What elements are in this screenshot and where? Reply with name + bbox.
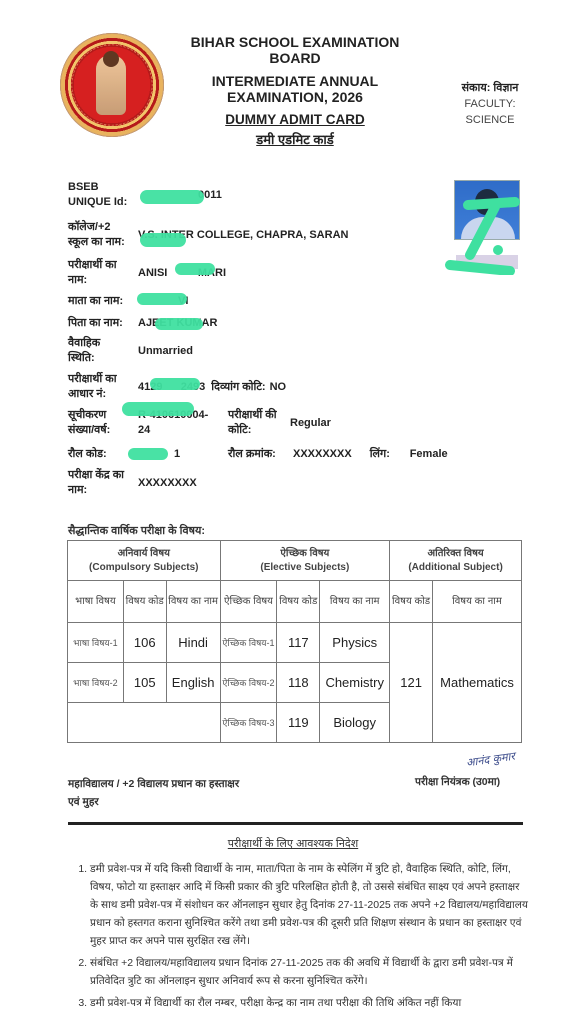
photo-redaction-mark [440, 195, 530, 275]
principal-line1: महाविद्यालय / +2 विद्यालय प्रधान का हस्त… [68, 775, 239, 793]
elective-slot: ऐच्छिक विषय-1 [220, 623, 277, 663]
instruction-item: डमी प्रवेश-पत्र में विद्यार्थी का रौल नम… [90, 994, 530, 1012]
section-divider [68, 822, 523, 825]
category-label-line1: परीक्षार्थी की [228, 408, 298, 423]
gender-value: Female [410, 447, 448, 462]
bseb-logo-icon [60, 33, 164, 137]
marital-label-line1: वैवाहिक [68, 336, 138, 351]
centre-label-line1: परीक्षा केंद्र का [68, 468, 138, 483]
registration-value-line2: 24 [138, 423, 220, 438]
mother-name-label: माता का नाम: [68, 294, 138, 309]
category-label-line2: कोटि: [228, 423, 298, 438]
redaction-mark [140, 190, 204, 204]
redaction-mark [150, 378, 200, 390]
group-additional-hi: अतिरिक्त विषय [390, 547, 521, 561]
redaction-mark [128, 448, 168, 460]
compulsory-name: English [166, 663, 220, 703]
father-name-label: पिता का नाम: [68, 316, 138, 331]
college-label: कॉलेज/+2 स्कूल का नाम: [68, 220, 138, 250]
group-compulsory-en: (Compulsory Subjects) [68, 561, 220, 575]
roll-row: रौल कोड: 1 रौल क्रमांक: XXXXXXXX लिंग: F… [68, 447, 448, 462]
elective-name: Physics [320, 623, 390, 663]
table-row: भाषा विषय-1 106 Hindi ऐच्छिक विषय-1 117 … [68, 623, 522, 663]
card-title-en: DUMMY ADMIT CARD [190, 112, 400, 128]
college-label-line2: स्कूल का नाम: [68, 235, 138, 250]
redaction-mark [155, 318, 203, 330]
roll-number-value: XXXXXXXX [293, 447, 352, 462]
col-subject-code: विषय कोड [123, 581, 166, 623]
student-name-label-line1: परीक्षार्थी का [68, 258, 138, 273]
marital-status-label: वैवाहिक स्थिति: [68, 336, 138, 366]
redaction-mark [140, 233, 186, 247]
gender-label: लिंग: [370, 447, 410, 462]
faculty-value: SCIENCE [440, 112, 540, 128]
registration-label-line2: संख्या/वर्ष: [68, 423, 138, 438]
redaction-mark [122, 402, 194, 416]
divyang-label: दिव्यांग कोटि: [211, 380, 265, 395]
student-name-label: परीक्षार्थी का नाम: [68, 258, 138, 288]
col-elective-code: विषय कोड [277, 581, 320, 623]
col-elective-subject: ऐच्छिक विषय [220, 581, 277, 623]
column-header-row: भाषा विषय विषय कोड विषय का नाम ऐच्छिक वि… [68, 581, 522, 623]
instruction-item: संबंधित +2 विद्यालय/महाविद्यालय प्रधान द… [90, 954, 530, 990]
additional-name: Mathematics [433, 623, 522, 743]
col-elective-name: विषय का नाम [320, 581, 390, 623]
exam-name-line2: EXAMINATION, 2026 [190, 89, 400, 105]
col-subject-name: विषय का नाम [166, 581, 220, 623]
group-additional: अतिरिक्त विषय (Additional Subject) [390, 541, 522, 581]
board-name-line2: BOARD [190, 50, 400, 66]
col-additional-name: विषय का नाम [433, 581, 522, 623]
redaction-mark [175, 263, 215, 275]
compulsory-name: Hindi [166, 623, 220, 663]
elective-code: 118 [277, 663, 320, 703]
card-title-hi: डमी एडमिट कार्ड [190, 132, 400, 148]
controller-signature: आनंद कुमार [465, 749, 516, 771]
group-compulsory: अनिवार्य विषय (Compulsory Subjects) [68, 541, 221, 581]
elective-name: Biology [320, 703, 390, 743]
exam-name-line1: INTERMEDIATE ANNUAL [190, 73, 400, 89]
instruction-item: डमी प्रवेश-पत्र में यदि किसी विद्यार्थी … [90, 860, 530, 950]
faculty-hindi: संकाय: विज्ञान [440, 80, 540, 96]
unique-id-label-line1: BSEB [68, 180, 138, 195]
group-elective-en: (Elective Subjects) [221, 561, 390, 575]
principal-line2: एवं मुहर [68, 793, 239, 811]
board-name-line1: BIHAR SCHOOL EXAMINATION [190, 34, 400, 50]
col-additional-code: विषय कोड [390, 581, 433, 623]
controller-label: परीक्षा नियंत्रक (उ0मा) [415, 775, 500, 789]
category-label: परीक्षार्थी की कोटि: [228, 408, 298, 438]
instructions-list: डमी प्रवेश-पत्र में यदि किसी विद्यार्थी … [90, 860, 530, 1016]
compulsory-code: 106 [123, 623, 166, 663]
category-value: Regular [290, 416, 331, 431]
elective-name: Chemistry [320, 663, 390, 703]
elective-code: 117 [277, 623, 320, 663]
principal-signature-label: महाविद्यालय / +2 विद्यालय प्रधान का हस्त… [68, 775, 239, 811]
compulsory-slot: भाषा विषय-2 [68, 663, 124, 703]
elective-slot: ऐच्छिक विषय-2 [220, 663, 277, 703]
board-name: BIHAR SCHOOL EXAMINATION BOARD [190, 34, 400, 66]
marital-status-value: Unmarried [138, 344, 193, 359]
centre-label-line2: नाम: [68, 483, 138, 498]
title-block: BIHAR SCHOOL EXAMINATION BOARD INTERMEDI… [190, 34, 400, 148]
empty-cell [68, 703, 221, 743]
marital-label-line2: स्थिति: [68, 351, 138, 366]
college-label-line1: कॉलेज/+2 [68, 220, 138, 235]
subjects-section-title: सैद्धान्तिक वार्षिक परीक्षा के विषय: [68, 523, 205, 538]
subjects-table: अनिवार्य विषय (Compulsory Subjects) ऐच्छ… [67, 540, 522, 743]
unique-id-label: BSEB UNIQUE Id: [68, 180, 138, 210]
redaction-mark [137, 293, 187, 305]
student-name-label-line2: नाम: [68, 273, 138, 288]
logo-figure [96, 55, 126, 115]
group-elective-hi: ऐच्छिक विषय [221, 547, 390, 561]
group-additional-en: (Additional Subject) [390, 561, 521, 575]
registration-row: सूचीकरण संख्या/वर्ष: R-410610004- 24 परी… [68, 408, 331, 438]
instructions-title: परीक्षार्थी के लिए आवश्यक निदेश [0, 836, 586, 851]
divyang-value: NO [270, 380, 287, 395]
aadhar-label-line1: परीक्षार्थी का [68, 372, 138, 387]
group-header-row: अनिवार्य विषय (Compulsory Subjects) ऐच्छ… [68, 541, 522, 581]
elective-slot: ऐच्छिक विषय-3 [220, 703, 277, 743]
college-row: कॉलेज/+2 स्कूल का नाम: V.S. INTER COLLEG… [68, 220, 348, 250]
faculty-label: FACULTY: [440, 96, 540, 112]
marital-status-row: वैवाहिक स्थिति: Unmarried [68, 336, 193, 366]
centre-row: परीक्षा केंद्र का नाम: XXXXXXXX [68, 468, 197, 498]
compulsory-code: 105 [123, 663, 166, 703]
centre-label: परीक्षा केंद्र का नाम: [68, 468, 138, 498]
aadhar-label: परीक्षार्थी का आधार नं: [68, 372, 138, 402]
aadhar-label-line2: आधार नं: [68, 387, 138, 402]
col-lang-subject: भाषा विषय [68, 581, 124, 623]
exam-name: INTERMEDIATE ANNUAL EXAMINATION, 2026 [190, 73, 400, 105]
unique-id-label-line2: UNIQUE Id: [68, 195, 138, 210]
compulsory-slot: भाषा विषय-1 [68, 623, 124, 663]
centre-value: XXXXXXXX [138, 476, 197, 491]
faculty-block: संकाय: विज्ञान FACULTY: SCIENCE [440, 80, 540, 128]
elective-code: 119 [277, 703, 320, 743]
admit-card-header: BIHAR SCHOOL EXAMINATION BOARD INTERMEDI… [0, 0, 586, 160]
group-elective: ऐच्छिक विषय (Elective Subjects) [220, 541, 390, 581]
roll-number-label: रौल क्रमांक: [228, 447, 293, 462]
group-compulsory-hi: अनिवार्य विषय [68, 547, 220, 561]
additional-code: 121 [390, 623, 433, 743]
